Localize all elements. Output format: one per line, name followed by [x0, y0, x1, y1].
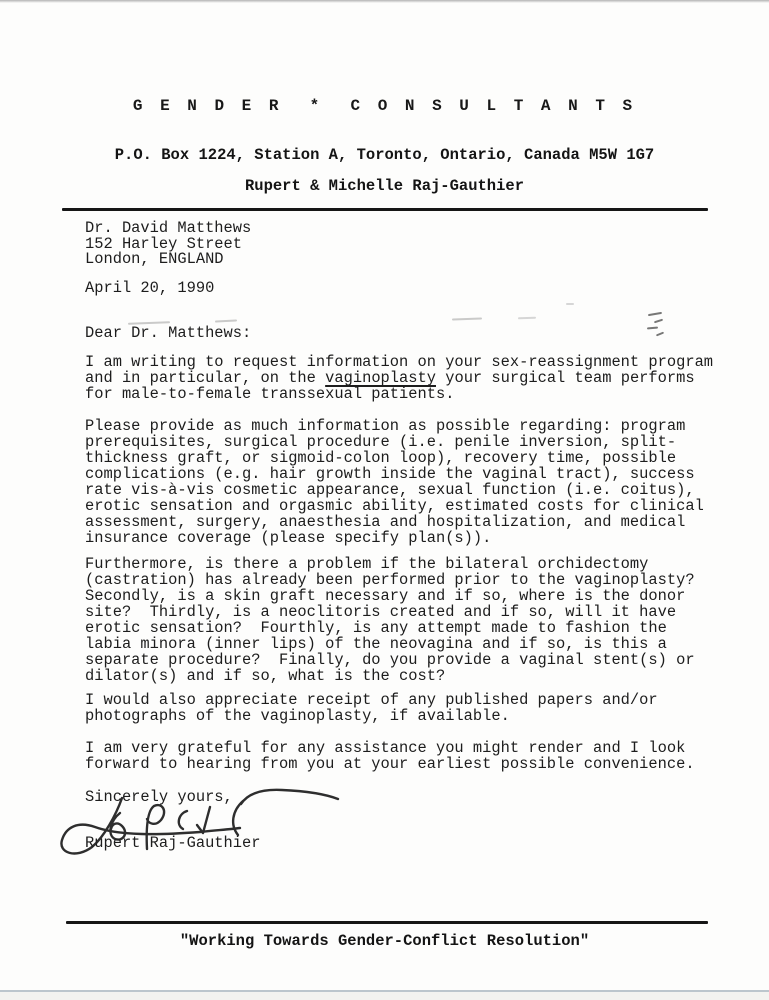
signature-stroke [197, 807, 210, 833]
signature-stroke [179, 811, 187, 829]
recipient-city: London, ENGLAND [85, 250, 224, 268]
page-bottom-edge [0, 990, 769, 1000]
signature-stroke [233, 801, 243, 835]
org-name: G E N D E R * C O N S U L T A N T S [0, 97, 769, 115]
signature-stroke [241, 790, 338, 804]
recipient-block: Dr. David Matthews 152 Harley Street Lon… [85, 221, 251, 268]
letterhead-rule [62, 208, 708, 211]
org-address: P.O. Box 1224, Station A, Toronto, Ontar… [0, 146, 769, 164]
letter-date: April 20, 1990 [85, 280, 214, 296]
pencil-smudge [566, 303, 574, 305]
paragraph-2: Please provide as much information as po… [85, 418, 704, 546]
salutation: Dear Dr. Matthews: [85, 325, 251, 341]
signer-name: Rupert Raj-Gauthier [85, 835, 260, 851]
org-contacts: Rupert & Michelle Raj-Gauthier [0, 177, 769, 195]
page-top-edge [0, 0, 769, 3]
pencil-smudge [648, 312, 662, 316]
pencil-smudge [518, 317, 536, 320]
pencil-smudge [452, 317, 482, 320]
pencil-smudge [647, 327, 658, 330]
paragraph-1: I am writing to request information on y… [85, 354, 713, 402]
pencil-smudge [656, 332, 664, 337]
paragraph-3: Furthermore, is there a problem if the b… [85, 556, 695, 684]
valediction: Sincerely yours, [85, 789, 233, 805]
paragraph-4: I would also appreciate receipt of any p… [85, 692, 658, 724]
pencil-smudge [654, 319, 663, 324]
footer-motto: "Working Towards Gender-Conflict Resolut… [0, 932, 769, 950]
footer-rule [66, 921, 708, 924]
pencil-smudge [215, 319, 237, 322]
letter-page: G E N D E R * C O N S U L T A N T S P.O.… [0, 0, 769, 1000]
paragraph-5: I am very grateful for any assistance yo… [85, 740, 695, 772]
